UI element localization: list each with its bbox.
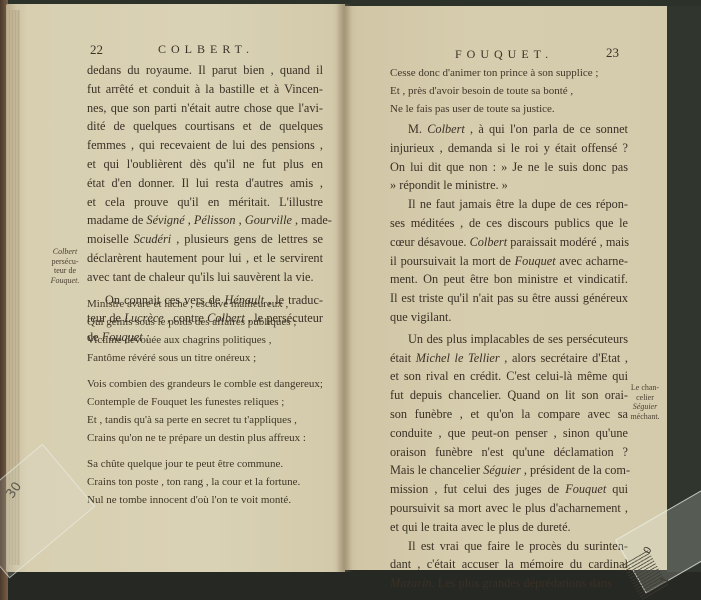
right-page-number: 23 xyxy=(606,45,619,61)
text-line: état d'en donner. Il lui resta d'autres … xyxy=(87,174,323,193)
text-line: injurieux , demanda si le roi y était of… xyxy=(390,139,628,158)
text-line: mission , fut celui des juges de Fouquet… xyxy=(390,480,628,499)
paragraph-tellier: Un des plus implacables de ses persécute… xyxy=(390,330,628,537)
poem-stanza-3: Sa chûte quelque jour te peut être commu… xyxy=(87,455,337,509)
text-line: et qui le traita avec le plus de dureté. xyxy=(390,518,628,537)
verse-line: Fantôme révéré sous un titre onéreux ; xyxy=(87,349,337,367)
background-right xyxy=(667,6,701,572)
verse-line: Contemple de Fouquet les funestes reliqu… xyxy=(87,393,337,411)
verse-line: Crains ton poste , ton rang , la cour et… xyxy=(87,473,337,491)
verse-line: Et , tandis qu'à sa perte en secret tu t… xyxy=(87,411,337,429)
left-poem: Ministre avare et lâche , esclave malheu… xyxy=(87,295,337,517)
left-page-number: 22 xyxy=(90,42,103,58)
name-pelisson: Pélisson xyxy=(194,213,236,227)
text-line: Il est vrai que faire le procès du surin… xyxy=(390,537,628,556)
verse-line: Sa chûte quelque jour te peut être commu… xyxy=(87,455,337,473)
text-line: déclarèrent hautement pour lui , et le s… xyxy=(87,249,323,268)
left-marginal-note: Colbert persécu- teur de Fouquet. xyxy=(46,247,84,285)
text-line: cœur désavoue. Colbert paraissait modéré… xyxy=(390,233,628,252)
verse-line: Ne le fais pas user de toute sa justice. xyxy=(390,100,640,118)
text-line: Il ne faut jamais être la dupe de ces ré… xyxy=(390,195,628,214)
paragraph-colbert-sonnet: M. Colbert , à qui l'on parla de ce sonn… xyxy=(390,120,628,195)
text-line: avec tant de chaleur qu'ils lui sauvèren… xyxy=(87,268,323,287)
verse-line: Crains qu'on ne te prépare un destin plu… xyxy=(87,429,337,447)
text-line: dité de quelques courtisans et de quelqu… xyxy=(87,117,323,136)
verse-line: Et , près d'avoir besoin de toute sa bon… xyxy=(390,82,640,100)
text-line: il poursuivait la mort de Fouquet avec a… xyxy=(390,252,628,271)
text-line: ses méditées , de ces discours publics q… xyxy=(390,214,628,233)
verse-line: Vois combien des grandeurs le comble est… xyxy=(87,375,337,393)
verse-line: Cesse donc d'animer ton prince à son sup… xyxy=(390,64,640,82)
text-line: dedans du royaume. Il parut bien , quand… xyxy=(87,61,323,80)
text-line: femmes , qui recevaient de lui des pensi… xyxy=(87,136,323,155)
text-line: » répondit le ministre. » xyxy=(390,176,628,195)
name-sevigne: Sévigné xyxy=(146,213,184,227)
verse-line: Ministre avare et lâche , esclave malheu… xyxy=(87,295,337,313)
text-line: Mais le chancelier Séguier , président d… xyxy=(390,461,628,480)
text-line: On lui dit que non : » Je ne le suis don… xyxy=(390,158,628,177)
text-line: Mazarin. Les plus grandes déprédations d… xyxy=(390,574,628,593)
text-line: fut depuis chancelier. Quand on lit son … xyxy=(390,386,628,405)
text-line: madame de Sévigné , Pélisson , Gourville… xyxy=(87,211,323,230)
left-running-head: COLBERT. xyxy=(158,42,254,57)
verse-line: Nul ne tombe innocent d'où l'on te voit … xyxy=(87,491,337,509)
paragraph-dupe: Il ne faut jamais être la dupe de ces ré… xyxy=(390,195,628,327)
text-line: et qui l'oublièrent dès qu'il ne fut plu… xyxy=(87,155,323,174)
text-line: son funèbre , et qu'on la compare avec s… xyxy=(390,405,628,424)
text-line: conduite , que peut-on penser , sinon qu… xyxy=(390,424,628,443)
name-scuderi: Scudéri xyxy=(134,232,172,246)
book-gutter xyxy=(336,4,352,572)
text-line: et son rival en crédit. C'est celui-là m… xyxy=(390,367,628,386)
text-line: était Michel le Tellier , alors secrétai… xyxy=(390,349,628,368)
book-spread: 22 COLBERT. dedans du royaume. Il parut … xyxy=(0,0,701,600)
text-line: M. Colbert , à qui l'on parla de ce sonn… xyxy=(390,120,628,139)
text-line: dant , c'était accuser la mémoire du car… xyxy=(390,555,628,574)
text-line: moiselle Scudéri , plusieurs gens de let… xyxy=(87,230,323,249)
text-line: Un des plus implacables de ses persécute… xyxy=(390,330,628,349)
right-running-head: FOUQUET. xyxy=(455,47,553,62)
text-line: fut arrêté et conduit à la bastille et à… xyxy=(87,80,323,99)
right-body-text: M. Colbert , à qui l'on parla de ce sonn… xyxy=(390,120,628,593)
poem-stanza-1: Ministre avare et lâche , esclave malheu… xyxy=(87,295,337,367)
text-line: nes, que son parti n'était autre chose q… xyxy=(87,99,323,118)
text-line: poursuivit sa mort avec le plus d'acharn… xyxy=(390,499,628,518)
paragraph-surintendant: Il est vrai que faire le procès du surin… xyxy=(390,537,628,593)
name-gourville: Gourville xyxy=(245,213,292,227)
right-poem-end: Cesse donc d'animer ton prince à son sup… xyxy=(390,64,640,118)
verse-line: Qui gémis sous le poids des affaires pub… xyxy=(87,313,337,331)
right-marginal-note: Le chan- celier Séguier méchant. xyxy=(625,383,665,421)
poem-stanza-2: Vois combien des grandeurs le comble est… xyxy=(87,375,337,447)
text-line: que vigilant. xyxy=(390,308,628,327)
text-line: oraison funèbre n'est qu'une déclamation… xyxy=(390,443,628,462)
text-line: ment. On peut être bon ministre et vindi… xyxy=(390,270,628,289)
verse-line: Victime dévouée aux chagrins politiques … xyxy=(87,331,337,349)
text-line: Il est triste qu'il n'ait pas su être au… xyxy=(390,289,628,308)
text-line: et cela prouve qu'il en méritait. L'illu… xyxy=(87,193,323,212)
